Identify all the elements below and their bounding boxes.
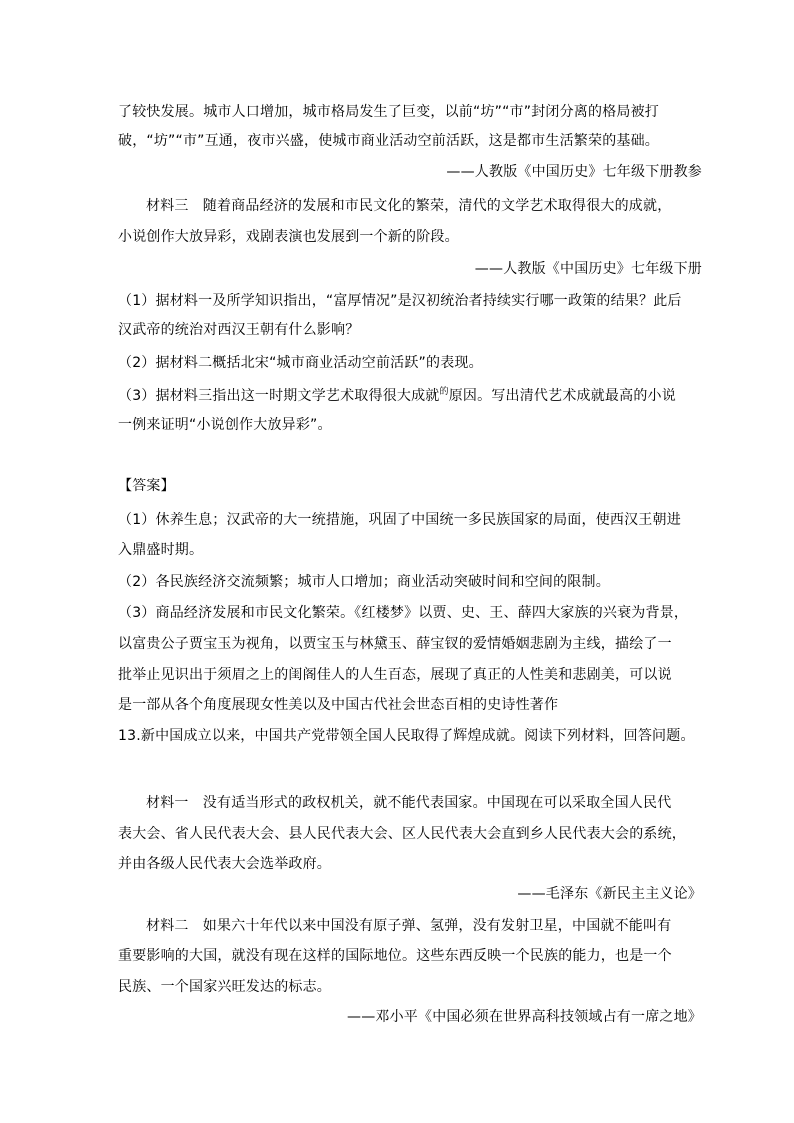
answer-1-line: （1）休养生息；汉武帝的大一统措施，巩固了中国统一多民族国家的局面，使西汉王朝进 [118, 512, 681, 528]
answer-3-line: 以富贵公子贾宝玉为视角，以贾宝玉与林黛玉、薛宝钗的爱情婚姻悲剧为主线，描绘了一 [118, 636, 672, 652]
material2-line: 破，“坊”“市”互通，夜市兴盛，使城市商业活动空前活跃，这是都市生活繁荣的基础。 [118, 133, 659, 149]
answer-3-line: （3）商品经济发展和市民文化繁荣。《红楼梦》以贾、史、王、薛四大家族的兴衰为背景… [118, 605, 688, 621]
question-13-stem: 13.新中国成立以来，中国共产党带领全国人民取得了辉煌成就。阅读下列材料，回答问… [118, 728, 695, 744]
answer-3-line: 批举止见识出于须眉之上的闺阁佳人的人生百态，展现了真正的人性美和悲剧美，可以说 [118, 667, 672, 683]
q13-material2-line: 民族、一个国家兴旺发达的标志。 [118, 979, 331, 995]
question-3-text: （3）据材料三指出这一时期文学艺术取得很大成就 [118, 388, 440, 404]
question-3-line: 一例来证明“小说创作大放异彩”。 [118, 417, 332, 433]
q13-material2-source: ——邓小平《中国必须在世界高科技领域占有一席之地》 [347, 1009, 702, 1025]
q13-material1-source: ——毛泽东《新民主主义论》 [517, 886, 702, 902]
material2-line: 了较快发展。城市人口增加，城市格局发生了巨变，以前“坊”“市”封闭分离的格局被打 [118, 104, 659, 120]
answer-2: （2）各民族经济交流频繁；城市人口增加；商业活动突破时间和空间的限制。 [118, 574, 610, 590]
material3-line: 材料三 随着商品经济的发展和市民文化的繁荣，清代的文学艺术取得很大的成就， [146, 198, 671, 214]
question-1-line: 汉武帝的统治对西汉王朝有什么影响？ [118, 322, 359, 338]
answer-3-line: 是一部从各个角度展现女性美以及中国古代社会世态百相的史诗性著作 [118, 697, 558, 713]
question-3-superscript: 的 [440, 387, 449, 397]
q13-material2-line: 材料二 如果六十年代以来中国没有原子弹、氢弹，没有发射卫星，中国就不能叫有 [146, 918, 671, 934]
question-2: （2）据材料二概括北宋“城市商业活动空前活跃”的表现。 [118, 355, 483, 371]
q13-material2-line: 重要影响的大国，就没有现在这样的国际地位。这些东西反映一个民族的能力，也是一个 [118, 948, 672, 964]
question-1-line: （1）据材料一及所学知识指出，“富厚情况”是汉初统治者持续实行哪一政策的结果？此… [118, 293, 682, 309]
q13-material1-line: 材料一 没有适当形式的政权机关，就不能代表国家。中国现在可以采取全国人民代 [146, 795, 671, 811]
answer-heading: 【答案】 [118, 478, 175, 494]
q13-material1-line: 表大会、省人民代表大会、县人民代表大会、区人民代表大会直到乡人民代表大会的系统， [118, 826, 686, 842]
answer-1-line: 入鼎盛时期。 [118, 542, 203, 558]
material2-source: ——人教版《中国历史》七年级下册教参 [446, 164, 702, 180]
material3-line: 小说创作大放异彩，戏剧表演也发展到一个新的阶段。 [118, 229, 459, 245]
question-3-line: （3）据材料三指出这一时期文学艺术取得很大成就的原因。写出清代艺术成就最高的小说 [118, 388, 676, 404]
q13-material1-line: 并由各级人民代表大会选举政府。 [118, 856, 331, 872]
material3-source: ——人教版《中国历史》七年级下册 [475, 261, 702, 277]
question-3-text: 原因。写出清代艺术成就最高的小说 [449, 388, 676, 404]
